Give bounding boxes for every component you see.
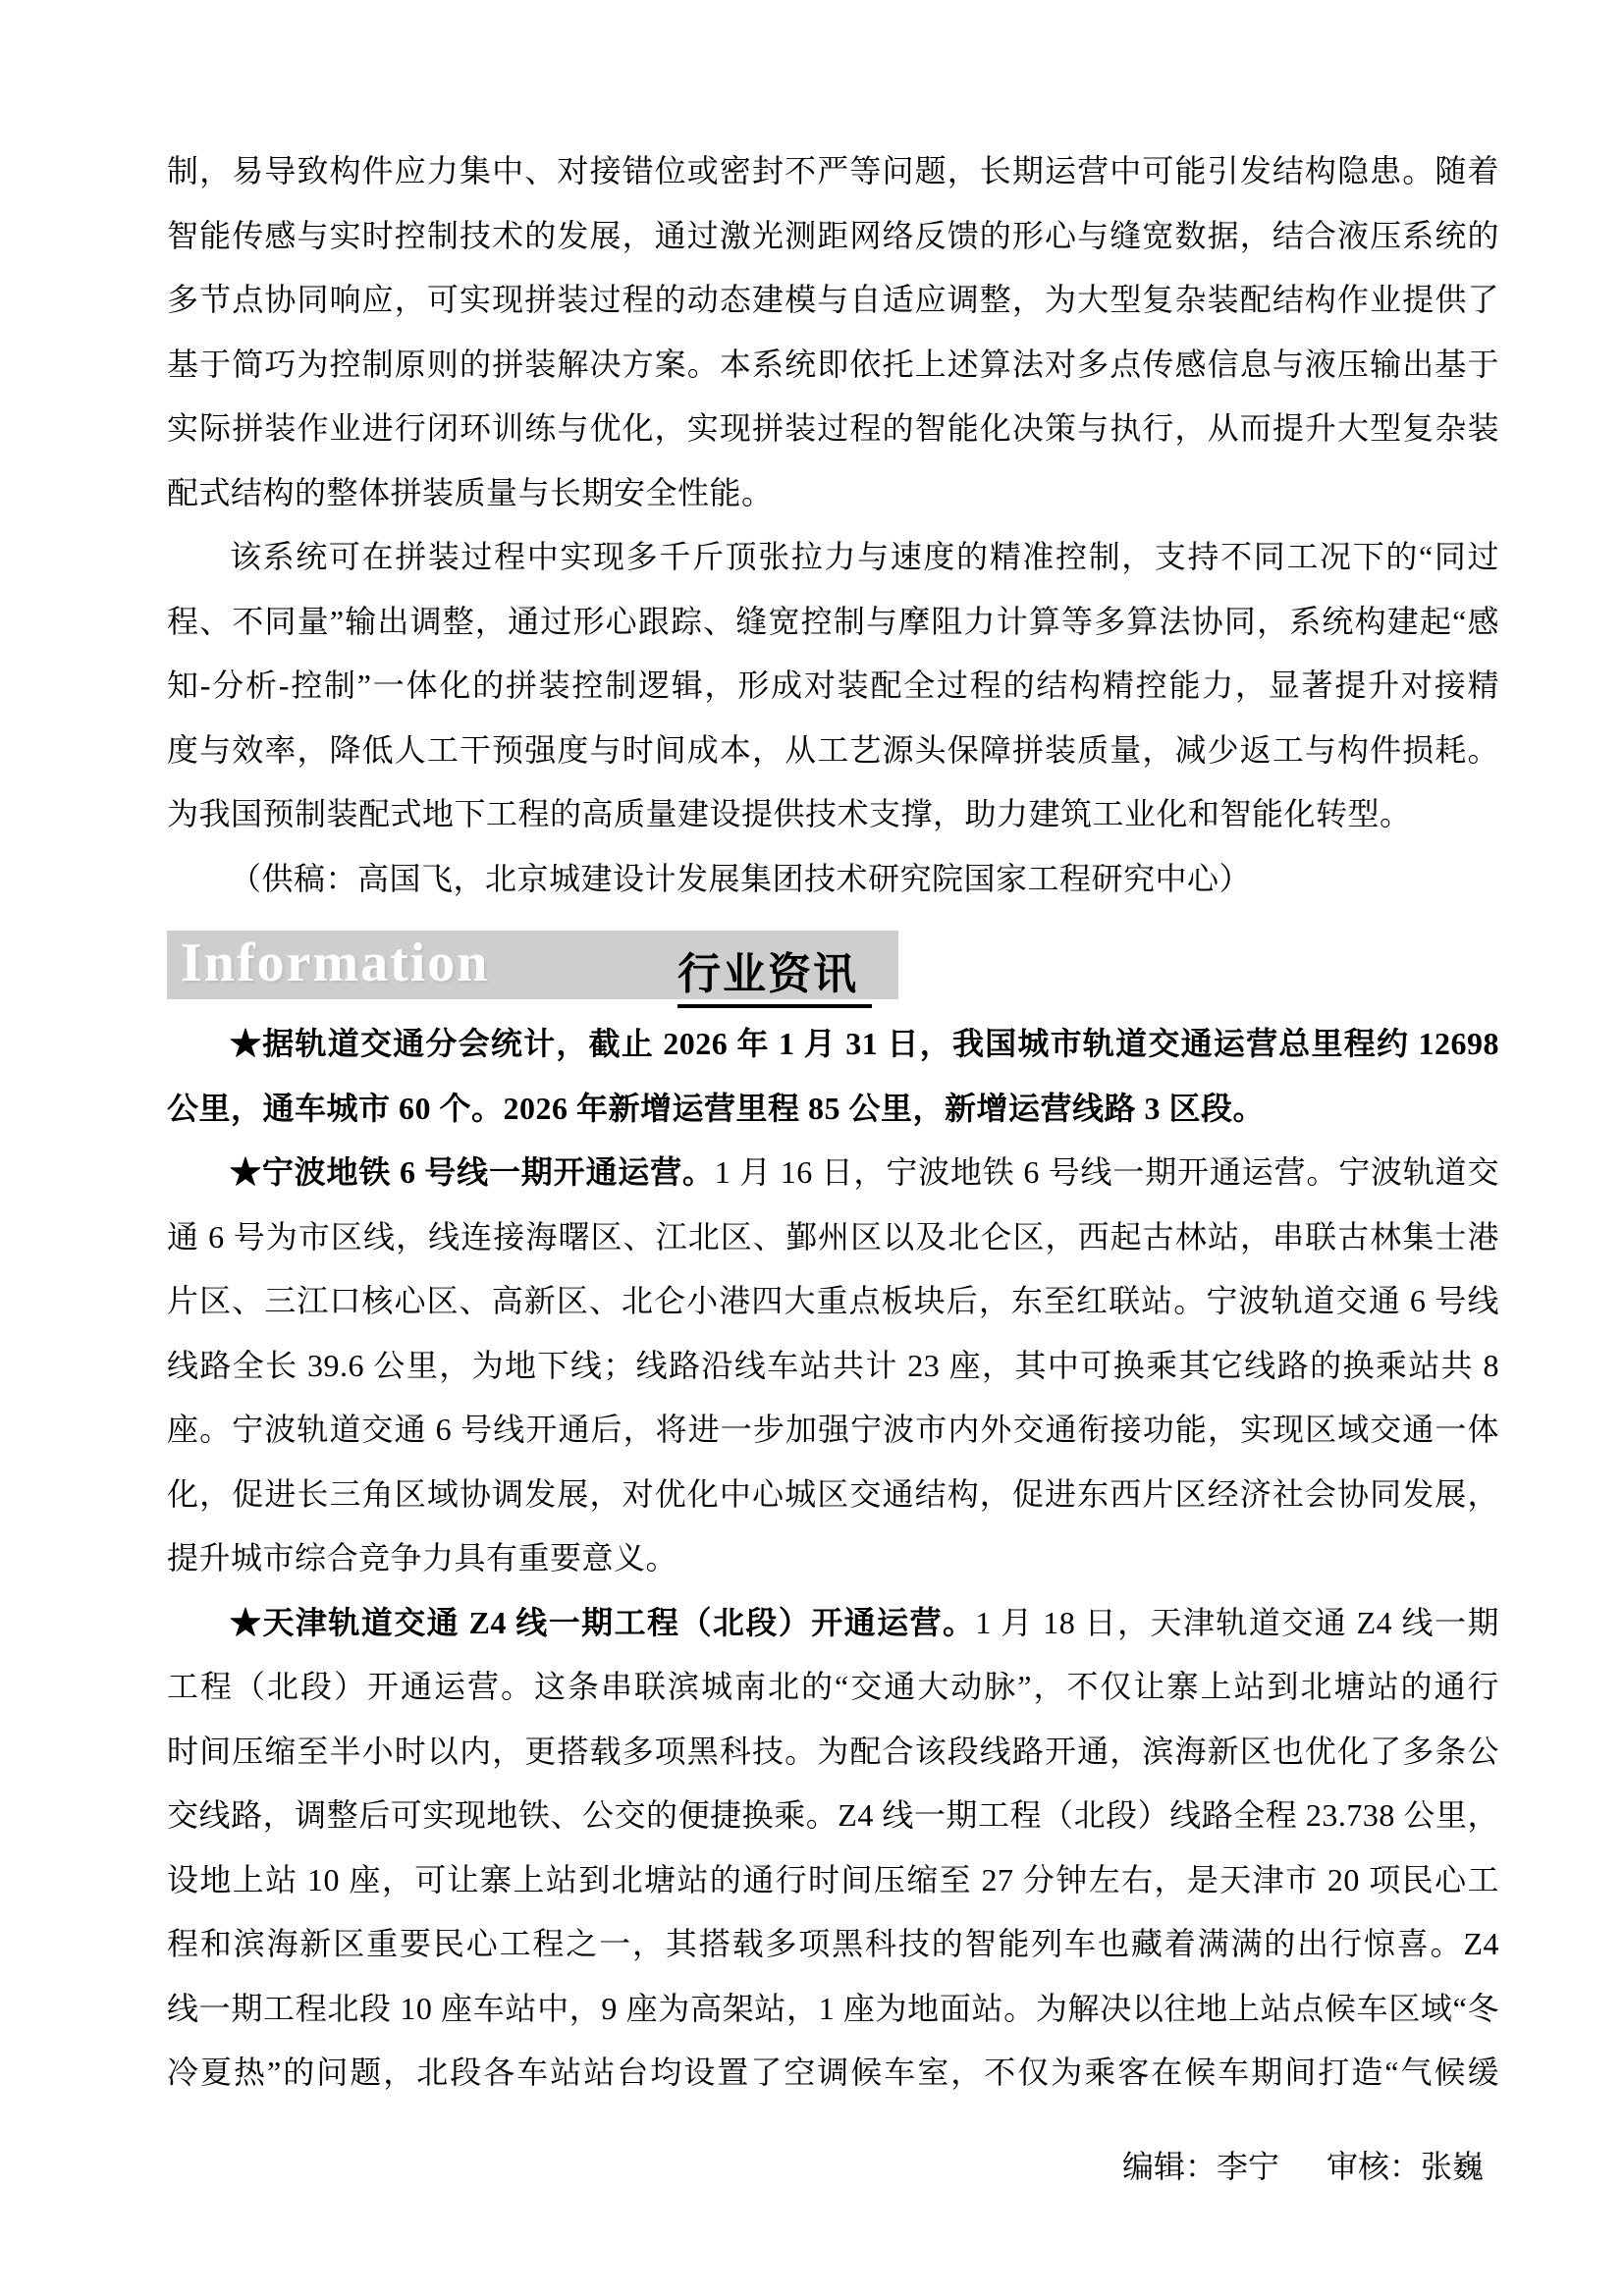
text-segment: 工程（北段）开通运营。这条串联滨城南北的“交通大动脉”，不仅让寨上站到北塘站的通… [167,1669,1499,1704]
text-line: ★据轨道交通分会统计，截止 2026 年 1 月 31 日，我国城市轨道交通运营… [167,1012,1499,1077]
text-line: 冷夏热”的问题，北段各车站站台均设置了空调候车室，不仅为乘客在候车期间打造“气候… [167,2041,1499,2106]
text-line: 座。宁波轨道交通 6 号线开通后，将进一步加强宁波市内外交通衔接功能，实现区域交… [167,1398,1499,1463]
text-line: 配式结构的整体拼装质量与长期安全性能。 [167,461,1499,526]
news-item-tianjin-z4-line: ★天津轨道交通 Z4 线一期工程（北段）开通运营。1 月 18 日，天津轨道交通… [167,1591,1499,2106]
text-line: 基于简巧为控制原则的拼装解决方案。本系统即依托上述算法对多点传感信息与液压输出基… [167,333,1499,398]
text-line: 提升城市综合竞争力具有重要意义。 [167,1526,1499,1591]
text-line: （供稿：高国飞，北京城建设计发展集团技术研究院国家工程研究中心） [167,847,1499,912]
text-line: 知-分析-控制”一体化的拼装控制逻辑，形成对装配全过程的结构精控能力，显著提升对… [167,654,1499,719]
text-segment: 线路全长 39.6 公里，为地下线；线路沿线车站共计 23 座，其中可换乘其它线… [167,1348,1499,1383]
bold-text-segment: ★天津轨道交通 Z4 线一期工程（北段）开通运营。 [230,1605,975,1640]
text-segment: 该系统可在拼装过程中实现多千斤顶张拉力与速度的精准控制，支持不同工况下的“同过 [230,539,1499,574]
text-line: 制，易导致构件应力集中、对接错位或密封不严等问题，长期运营中可能引发结构隐患。随… [167,139,1499,204]
text-segment: 时间压缩至半小时以内，更搭载多项黑科技。为配合该段线路开通，滨海新区也优化了多条… [167,1734,1499,1769]
paragraph-system-capability: 该系统可在拼装过程中实现多千斤顶张拉力与速度的精准控制，支持不同工况下的“同过程… [167,525,1499,847]
text-line: 程、不同量”输出调整，通过形心跟踪、缝宽控制与摩阻力计算等多算法协同，系统构建起… [167,590,1499,655]
text-line: ★天津轨道交通 Z4 线一期工程（北段）开通运营。1 月 18 日，天津轨道交通… [167,1591,1499,1656]
news-item-rail-transit-statistics: ★据轨道交通分会统计，截止 2026 年 1 月 31 日，我国城市轨道交通运营… [167,1012,1499,1141]
text-line: 化，促进长三角区域协调发展，对优化中心城区交通结构，促进东西片区经济社会协同发展… [167,1463,1499,1527]
text-segment: 制，易导致构件应力集中、对接错位或密封不严等问题，长期运营中可能引发结构隐患。随… [167,153,1499,188]
text-line: 线一期工程北段 10 座车站中，9 座为高架站，1 座为地面站。为解决以往地上站… [167,1977,1499,2042]
paragraph-contributor-attribution: （供稿：高国飞，北京城建设计发展集团技术研究院国家工程研究中心） [167,847,1499,912]
text-line: 度与效率，降低人工干预强度与时间成本，从工艺源头保障拼装质量，减少返工与构件损耗… [167,719,1499,783]
text-segment: 配式结构的整体拼装质量与长期安全性能。 [167,475,774,510]
text-segment: 设地上站 10 座，可让寨上站到北塘站的通行时间压缩至 27 分钟左右，是天津市… [167,1862,1499,1897]
text-line: 公里，通车城市 60 个。2026 年新增运营里程 85 公里，新增运营线路 3… [167,1077,1499,1142]
text-line: 通 6 号为市区线，线连接海曙区、江北区、鄞州区以及北仑区，西起古林站，串联古林… [167,1205,1499,1270]
text-line: 程和滨海新区重要民心工程之一，其搭载多项黑科技的智能列车也藏着满满的出行惊喜。Z… [167,1912,1499,1977]
bold-text-segment: 公里，通车城市 60 个。2026 年新增运营里程 85 公里，新增运营线路 3… [167,1091,1265,1126]
text-segment: 线一期工程北段 10 座车站中，9 座为高架站，1 座为地面站。为解决以往地上站… [167,1991,1499,2026]
text-segment: 程和滨海新区重要民心工程之一，其搭载多项黑科技的智能列车也藏着满满的出行惊喜。Z… [167,1926,1499,1961]
news-item-ningbo-metro-line6: ★宁波地铁 6 号线一期开通运营。1 月 16 日，宁波地铁 6 号线一期开通运… [167,1141,1499,1591]
footer: 编辑：李宁 审核：张巍 [167,2135,1499,2200]
text-segment: 基于简巧为控制原则的拼装解决方案。本系统即依托上述算法对多点传感信息与液压输出基… [167,347,1499,382]
banner-english-label: Information [181,932,489,994]
text-line: 设地上站 10 座，可让寨上站到北塘站的通行时间压缩至 27 分钟左右，是天津市… [167,1848,1499,1913]
footer-reviewer: 审核：张巍 [1326,2149,1484,2184]
text-line: 片区、三江口核心区、高新区、北仑小港四大重点板块后，东至红联站。宁波轨道交通 6… [167,1269,1499,1334]
text-segment: 程、不同量”输出调整，通过形心跟踪、缝宽控制与摩阻力计算等多算法协同，系统构建起… [167,604,1499,639]
text-line: 实际拼装作业进行闭环训练与优化，实现拼装过程的智能化决策与执行，从而提升大型复杂… [167,397,1499,461]
text-segment: 1 月 18 日，天津轨道交通 Z4 线一期 [975,1605,1499,1640]
text-segment: 知-分析-控制”一体化的拼装控制逻辑，形成对装配全过程的结构精控能力，显著提升对… [167,667,1499,703]
text-segment: 片区、三江口核心区、高新区、北仑小港四大重点板块后，东至红联站。宁波轨道交通 6… [167,1283,1499,1318]
text-segment: 智能传感与实时控制技术的发展，通过激光测距网络反馈的形心与缝宽数据，结合液压系统… [167,218,1499,253]
text-line: 线路全长 39.6 公里，为地下线；线路沿线车站共计 23 座，其中可换乘其它线… [167,1334,1499,1399]
text-line: 多节点协同响应，可实现拼装过程的动态建模与自适应调整，为大型复杂装配结构作业提供… [167,268,1499,333]
text-segment: 化，促进长三角区域协调发展，对优化中心城区交通结构，促进东西片区经济社会协同发展… [167,1476,1499,1512]
document-page: { "banner": { "en": "Information", "zh":… [0,0,1624,2296]
text-line: 时间压缩至半小时以内，更搭载多项黑科技。为配合该段线路开通，滨海新区也优化了多条… [167,1720,1499,1785]
text-line: 该系统可在拼装过程中实现多千斤顶张拉力与速度的精准控制，支持不同工况下的“同过 [167,525,1499,590]
body-text-upper: 制，易导致构件应力集中、对接错位或密封不严等问题，长期运营中可能引发结构隐患。随… [167,139,1499,911]
footer-editor: 编辑：李宁 [1122,2149,1279,2184]
text-segment: 1 月 16 日，宁波地铁 6 号线一期开通运营。宁波轨道交 [715,1154,1499,1190]
text-line: 交线路，调整后可实现地铁、公交的便捷换乘。Z4 线一期工程（北段）线路全程 23… [167,1784,1499,1848]
text-line: ★宁波地铁 6 号线一期开通运营。1 月 16 日，宁波地铁 6 号线一期开通运… [167,1141,1499,1205]
banner-section-title: 行业资讯 [677,938,872,1008]
industry-news-section: ★据轨道交通分会统计，截止 2026 年 1 月 31 日，我国城市轨道交通运营… [167,1012,1499,2106]
bold-text-segment: ★据轨道交通分会统计，截止 2026 年 1 月 31 日，我国城市轨道交通运营… [230,1026,1499,1061]
text-line: 工程（北段）开通运营。这条串联滨城南北的“交通大动脉”，不仅让寨上站到北塘站的通… [167,1655,1499,1720]
text-line: 为我国预制装配式地下工程的高质量建设提供技术支撑，助力建筑工业化和智能化转型。 [167,782,1499,847]
text-segment: 度与效率，降低人工干预强度与时间成本，从工艺源头保障拼装质量，减少返工与构件损耗… [167,732,1499,768]
text-segment: 通 6 号为市区线，线连接海曙区、江北区、鄞州区以及北仑区，西起古林站，串联古林… [167,1219,1499,1255]
text-segment: 交线路，调整后可实现地铁、公交的便捷换乘。Z4 线一期工程（北段）线路全程 23… [167,1797,1499,1833]
text-segment: 为我国预制装配式地下工程的高质量建设提供技术支撑，助力建筑工业化和智能化转型。 [167,796,1412,831]
text-segment: 实际拼装作业进行闭环训练与优化，实现拼装过程的智能化决策与执行，从而提升大型复杂… [167,410,1499,446]
section-banner: Information 行业资讯 [167,931,898,999]
paragraph-continuation-assembly-system: 制，易导致构件应力集中、对接错位或密封不严等问题，长期运营中可能引发结构隐患。随… [167,139,1499,525]
bold-text-segment: ★宁波地铁 6 号线一期开通运营。 [230,1154,715,1190]
text-segment: 冷夏热”的问题，北段各车站站台均设置了空调候车室，不仅为乘客在候车期间打造“气候… [167,2055,1499,2090]
text-segment: 提升城市综合竞争力具有重要意义。 [167,1540,677,1575]
text-segment: 座。宁波轨道交通 6 号线开通后，将进一步加强宁波市内外交通衔接功能，实现区域交… [167,1412,1499,1447]
document-content: 制，易导致构件应力集中、对接错位或密封不严等问题，长期运营中可能引发结构隐患。随… [167,139,1499,2199]
text-segment: 多节点协同响应，可实现拼装过程的动态建模与自适应调整，为大型复杂装配结构作业提供… [167,282,1499,317]
text-segment: （供稿：高国飞，北京城建设计发展集团技术研究院国家工程研究中心） [230,861,1251,896]
text-line: 智能传感与实时控制技术的发展，通过激光测距网络反馈的形心与缝宽数据，结合液压系统… [167,204,1499,269]
